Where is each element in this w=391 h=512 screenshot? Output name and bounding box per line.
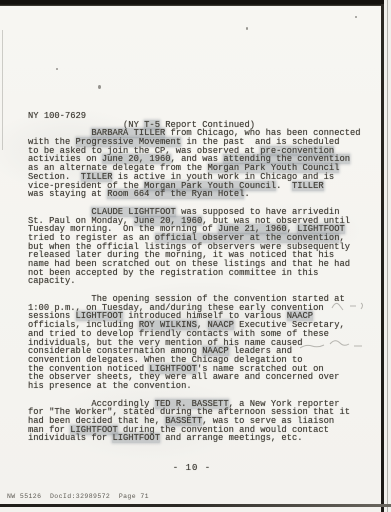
text-line: not been accepted by the registration co…	[28, 269, 378, 278]
scan-right-margin	[384, 0, 391, 512]
paragraph: CLAUDE LIGHTFOOT was supposed to have ar…	[28, 208, 378, 286]
typed-text: his presence at the convention.	[28, 381, 192, 391]
text-line: individuals for LIGHTFOOT and arrange me…	[28, 434, 378, 443]
typed-text: capacity.	[28, 276, 76, 286]
scan-speck	[246, 27, 248, 30]
handwritten-margin-mark	[328, 296, 368, 318]
document-body: NY 100-7629 (NY T-5 Report Continued) BA…	[28, 112, 378, 452]
paragraph: Accordingly TED R. BASSETT, a New York r…	[28, 400, 378, 443]
highlighted-text: Room 664 of the Ryan Hotel	[107, 189, 244, 199]
scan-left-edge	[2, 30, 3, 150]
scan-right-hairline	[387, 0, 388, 512]
handwritten-margin-mark	[296, 332, 366, 356]
text-line: capacity.	[28, 277, 378, 286]
scan-right-edge	[381, 4, 384, 512]
scan-top-edge	[0, 0, 391, 6]
archive-footer: NW 55126 DocId:32989572 Page 71	[7, 493, 377, 500]
text-line: was staying at Room 664 of the Ryan Hote…	[28, 190, 378, 199]
highlighted-text: TILLER	[292, 181, 324, 191]
scan-speck	[355, 16, 357, 18]
typed-text: .	[276, 181, 292, 191]
page-number: - 10 -	[0, 463, 384, 473]
paragraph: BARBARA TILLER from Chicago, who has bee…	[28, 129, 378, 199]
highlighted-text: LIGHTFOOT	[112, 433, 160, 443]
scan-bottom-edge	[0, 504, 391, 507]
typed-text: .	[244, 189, 249, 199]
typed-text: individuals for	[28, 433, 112, 443]
scanned-document-page: NY 100-7629 (NY T-5 Report Continued) BA…	[0, 0, 391, 512]
paragraph: NY 100-7629 (NY T-5 Report Continued)	[28, 112, 378, 129]
text-line: his presence at the convention.	[28, 382, 378, 391]
typed-text: and arrange meetings, etc.	[160, 433, 303, 443]
scan-speck	[56, 68, 58, 70]
scan-speck	[98, 85, 101, 89]
typed-text: was staying at	[28, 189, 107, 199]
